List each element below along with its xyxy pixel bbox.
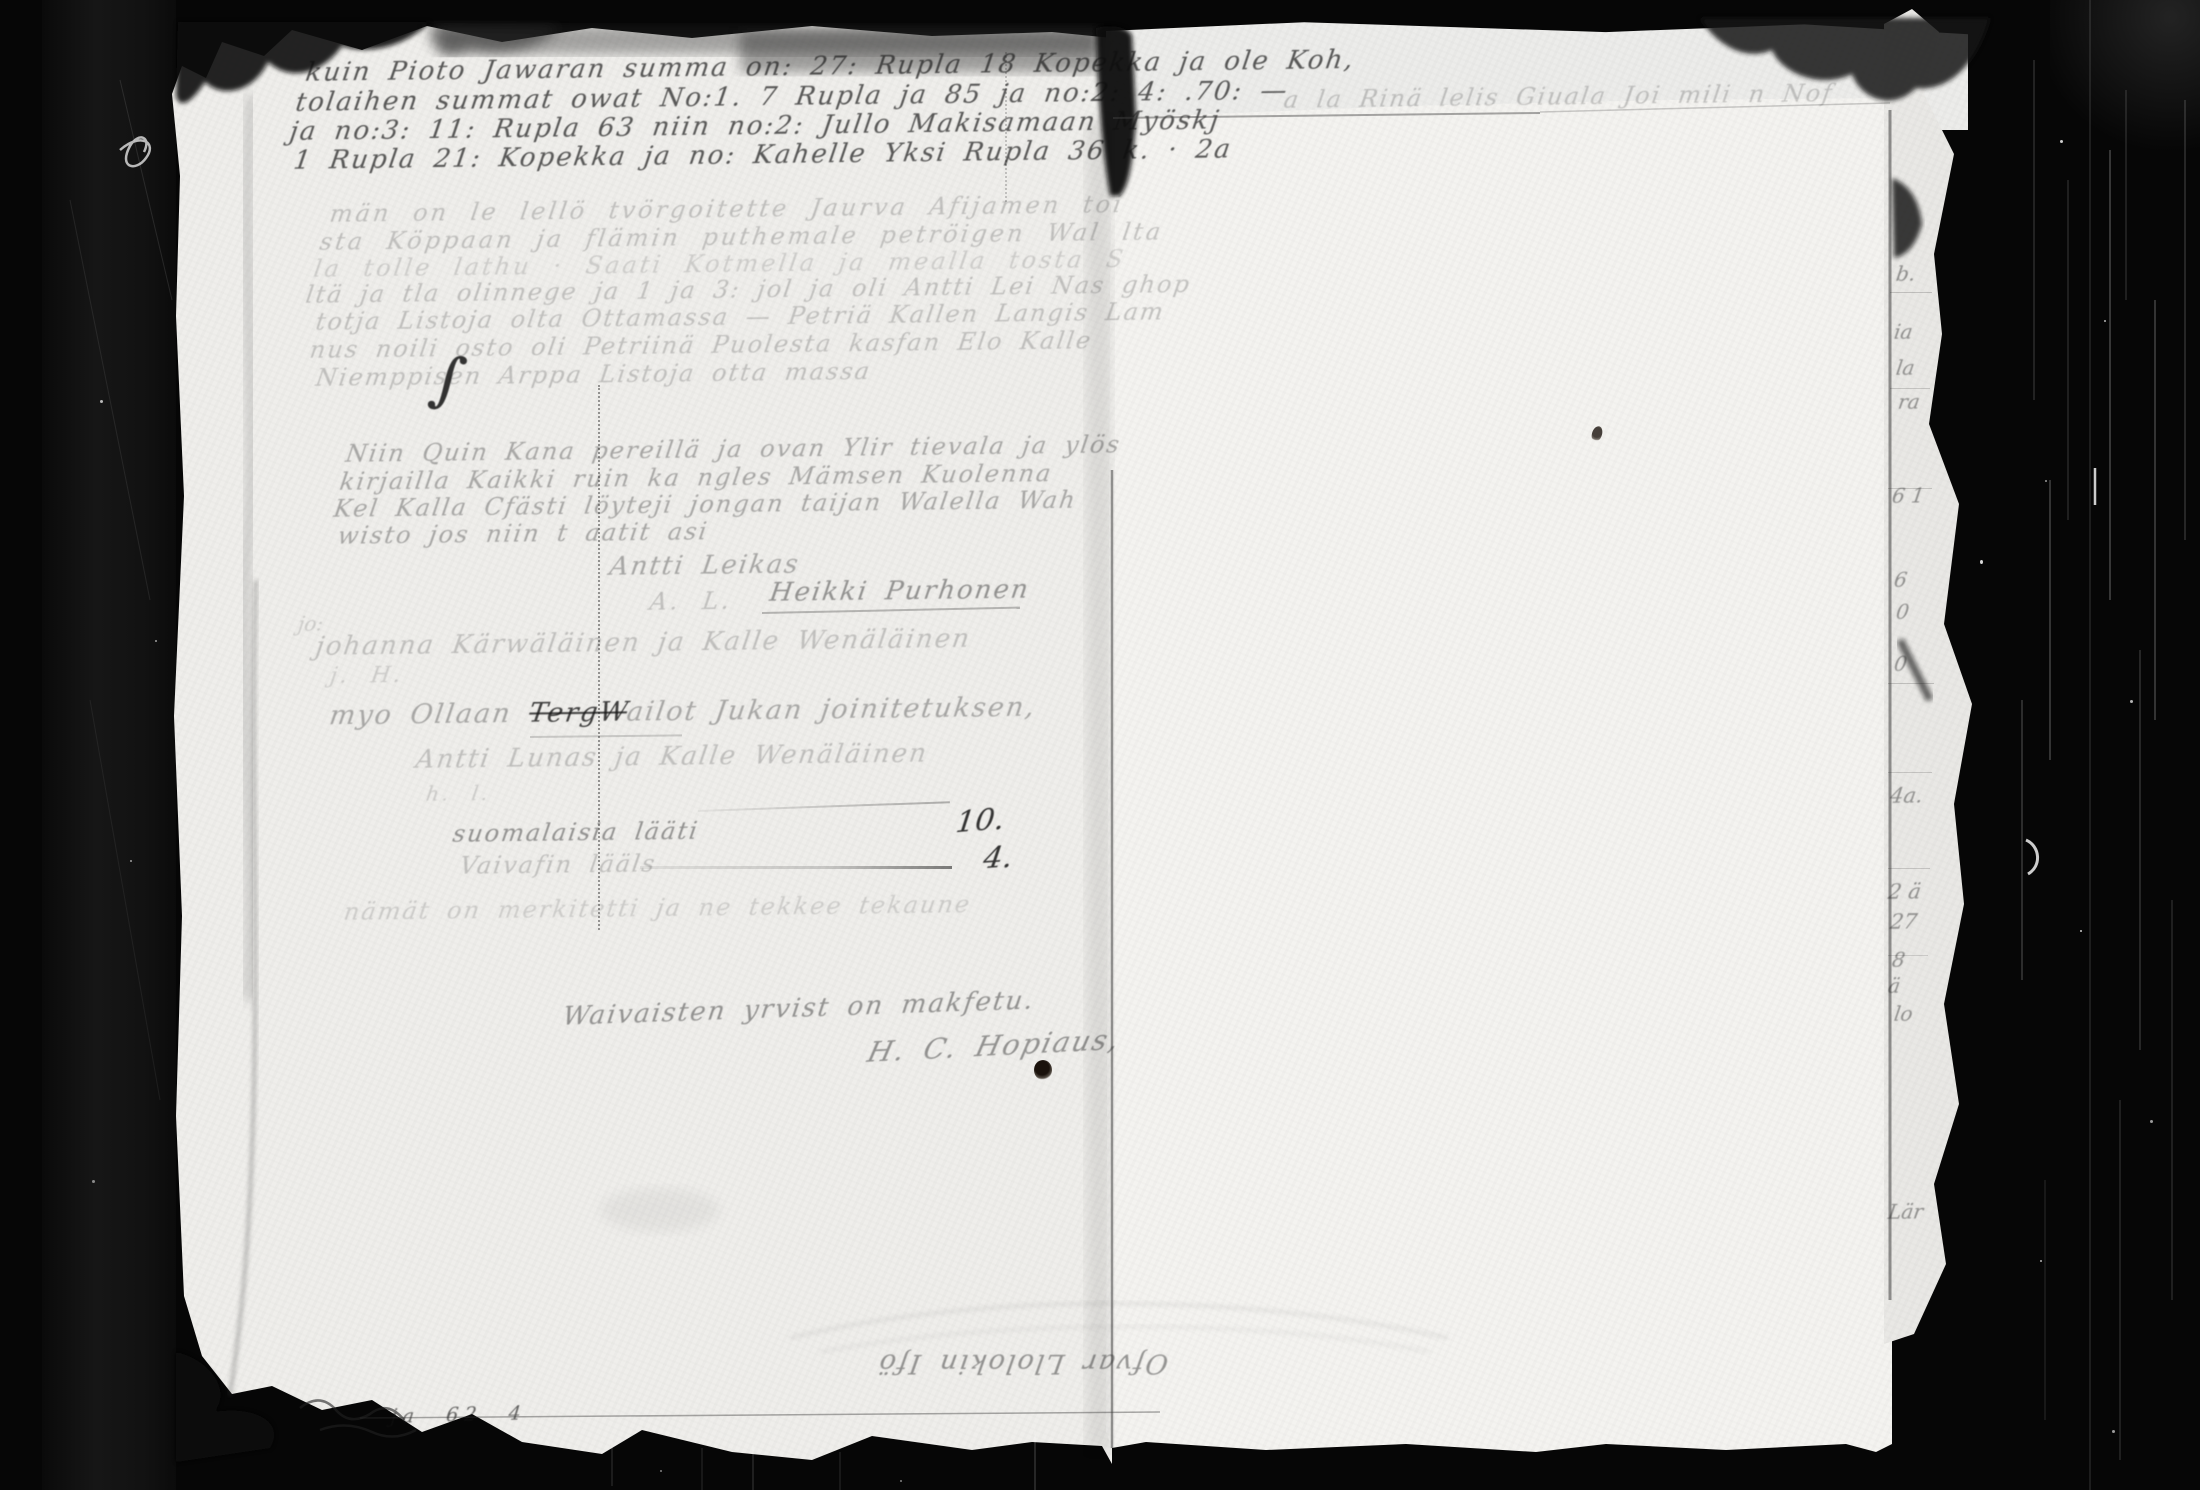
strip-rule: [1888, 868, 1930, 869]
struck-line-pre: myo Ollaan: [327, 698, 531, 731]
dust-speck: [2130, 700, 2133, 703]
dust-speck: [2080, 930, 2082, 932]
strip-fragment: b.: [1894, 262, 1917, 286]
dust-speck: [2040, 1260, 2042, 1262]
fold-line: [598, 385, 600, 930]
strip-rule: [1888, 955, 1928, 956]
strip-rule: [1888, 772, 1932, 773]
edge-fragment: ja 62 4: [389, 1402, 528, 1428]
struck-word: TergW: [527, 696, 629, 728]
strip-fragment: lo: [1892, 1002, 1914, 1026]
dust-speck: [155, 640, 157, 642]
manuscript-line: wisto jos niin t aatit asi: [336, 517, 711, 550]
film-curl: [2026, 840, 2038, 874]
book-cover-edge: [42, 0, 176, 1490]
dust-speck: [2104, 320, 2106, 322]
tally-label: suomalaisia lääti: [451, 817, 701, 848]
dust-speck: [130, 860, 132, 862]
dust-speck: [2112, 1430, 2115, 1433]
right-page: [1106, 92, 1892, 1454]
dust-speck: [100, 400, 103, 403]
strip-fragment: ia: [1892, 320, 1914, 344]
signature-witness: Heikki Purhonen: [768, 575, 1032, 608]
strip-fragment: 2 ä: [1886, 880, 1922, 904]
strip-rule: [1888, 683, 1934, 684]
tally-label: Vaivafin lääls: [458, 850, 658, 880]
corner-glow: [2050, 0, 2200, 170]
dust-speck: [1980, 560, 1983, 564]
dust-speck: [92, 1180, 95, 1183]
strip-rule: [1890, 388, 1930, 389]
fold-line: [1005, 52, 1007, 202]
dust-speck: [2150, 1120, 2153, 1123]
struck-line-post: ailot Jukan joinitetuksen,: [625, 691, 1039, 727]
strip-fragment: 4a.: [1888, 784, 1924, 808]
microfilm-scan: kuin Pioto Jawaran summa on: 27: Rupla 1…: [0, 0, 2200, 1490]
rotated-note: Ofvar Llolokin Ifö: [746, 1348, 1171, 1379]
tally-leader: [640, 866, 952, 869]
strip-fragment: ra: [1896, 390, 1921, 414]
dust-speck: [660, 1470, 662, 1472]
manuscript-line: j. H.: [328, 663, 405, 689]
ink-dot: [1034, 1060, 1052, 1080]
dust-speck: [2045, 480, 2047, 482]
dust-speck: [900, 1480, 902, 1482]
right-torn-strip: [1884, 4, 2000, 1350]
signature-initials: A. L.: [648, 587, 734, 616]
manuscript-line: h. l.: [424, 781, 492, 806]
tally-value: 4.: [981, 840, 1015, 877]
strip-fragment: la: [1894, 356, 1916, 380]
tally-value: 10.: [954, 802, 1007, 841]
strip-fragment: 27: [1888, 910, 1918, 934]
strip-fragment: Lär: [1886, 1200, 1924, 1224]
strip-rule: [1890, 292, 1932, 293]
manuscript-line: Antti Lunas ja Kalle Wenäläinen: [414, 739, 930, 775]
strip-rule: [1888, 488, 1932, 489]
